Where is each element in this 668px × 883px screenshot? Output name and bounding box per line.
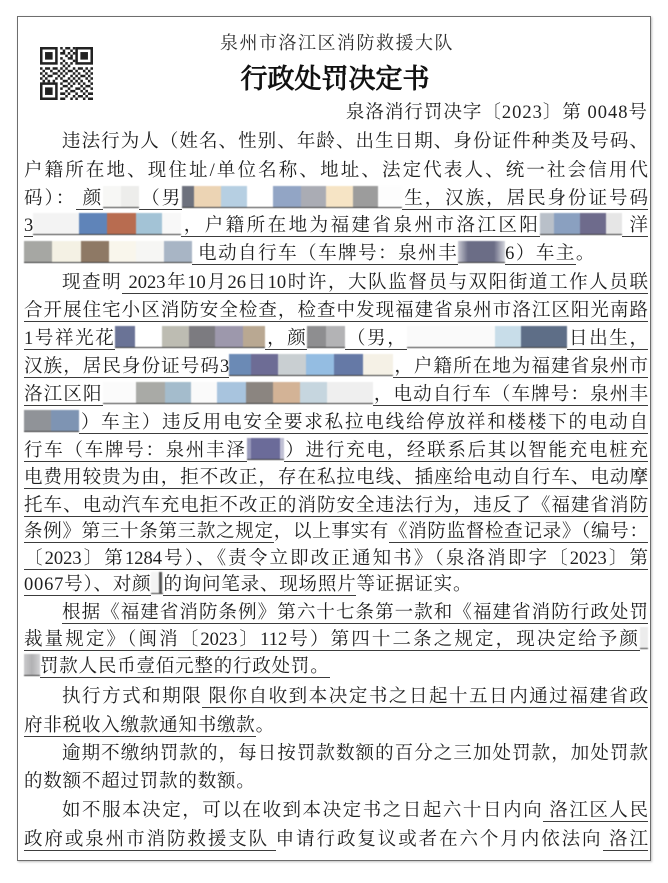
text-segment: 。 <box>256 716 275 736</box>
underlined-field: ，户籍所在地为福建省泉州市 <box>393 357 648 378</box>
doc-line: 0067号）、对颜的询问笔录、现场照片等证据证实。 <box>24 571 648 599</box>
underlined-field: 政府或泉州市消防救援支队 <box>24 830 276 851</box>
redacted-mosaic <box>115 326 265 348</box>
text-segment: 的数额不超过罚款的数额。 <box>24 772 256 792</box>
doc-line: 户籍所在地、现住址/单位名称、地址、法定代表人、统一社会信用代 <box>24 157 648 185</box>
doc-line: 电费用较贵为由，拒不改正，存在私拉电线、插座给电动自行车、电动摩 <box>24 464 648 492</box>
doc-line: 〔2023〕第1284号）、《责令立即改正通知书》（泉洛消即字〔2023〕第 <box>24 545 648 573</box>
underlined-field: 限你自收到本决定书之日起十五日内通过福建省政 <box>202 687 648 708</box>
underlined-field: 6）车主 <box>505 244 576 265</box>
doc-line: ）车主）违反用电安全要求私拉电线给停放祥和楼楼下的电动自 <box>24 409 648 437</box>
text-segment: 。 <box>576 244 596 264</box>
redacted-mosaic <box>33 213 181 235</box>
underlined-field: 行车（车牌号：泉州丰泽 <box>24 441 247 462</box>
doc-line: 电动自行车（车牌号：泉州丰6）车主。 <box>24 240 648 268</box>
doc-line: 罚款人民币壹佰元整的行政处罚。 <box>24 653 648 681</box>
underlined-field: 合开展住宅小区消防安全检查，检查中发现福建省泉州市洛江区阳光南路 <box>24 301 648 322</box>
underlined-field: 的询问笔录、现场照片 <box>163 575 356 596</box>
doc-line: 托车、电动汽车充电拒不改正的消防安全违法行为，违反了《福建省消防 <box>24 492 648 520</box>
underlined-field: 洋 <box>622 216 648 237</box>
text-segment: 现查明 <box>62 273 122 293</box>
underlined-field: 1号祥光花 <box>24 329 115 350</box>
document-number: 泉洛消行罚决字〔2023〕第 0048号 <box>346 100 648 126</box>
text-segment: 户籍所在地、现住址/单位名称、地址、法定代表人、统一社会信用代 <box>24 161 648 181</box>
underlined-field: 电动自行车（车牌号：泉州丰 <box>192 244 458 265</box>
doc-line: 政府或泉州市消防救援支队 申请行政复议或者在六个月内依法向 洛江 <box>24 826 648 854</box>
doc-line: 1号祥光花，颜（男，日出生， <box>24 325 648 353</box>
underlined-field: 电费用较贵为由，拒不改正，存在私拉电线、插座给电动自行车、电动摩 <box>24 468 648 489</box>
redacted-mosaic <box>458 241 505 263</box>
text-segment: 申请行政复议或者在六个月内依法向 <box>276 830 603 850</box>
underlined-field: 罚款人民币壹佰元整的行政处罚。 <box>40 657 330 678</box>
doc-line: 行车（车牌号：泉州丰泽）进行充电，经联系后其以智能充电桩充 <box>24 437 648 465</box>
doc-line: 3，户籍所在地为福建省泉州市洛江区阳 洋 <box>24 212 648 240</box>
underlined-field: 生，汉族，居民身份证号码 <box>402 189 648 210</box>
underlined-field: 汉族，居民身份证号码3 <box>24 357 229 378</box>
underlined-field: 〔2023〕第1284号）、《责令立即改正通知书》（泉洛消即字〔2023〕第 <box>24 549 648 570</box>
underlined-field: 2023年10月26日10时许，大队监督员与双阳街道工作人员联 <box>122 273 648 294</box>
doc-line: 的数额不超过罚款的数额。 <box>24 768 648 796</box>
underlined-field: ）进行充电，经联系后其以智能充电桩充 <box>284 441 648 462</box>
doc-line: 汉族，居民身份证号码3，户籍所在地为福建省泉州市 <box>24 353 648 381</box>
underlined-field: 托车、电动汽车充电拒不改正的消防安全违法行为，违反了《福建省消防 <box>24 496 648 517</box>
underlined-field: ，颜 <box>265 329 307 350</box>
agency-name: 泉州市洛江区消防救援大队 <box>17 31 657 55</box>
underlined-field: ，电动自行车（车牌号：泉州丰 <box>373 385 648 406</box>
redacted-mosaic <box>407 326 567 348</box>
doc-line: 府非税收入缴款通知书缴款。 <box>24 712 648 740</box>
doc-line: 如不服本决定，可以在收到本决定书之日起六十日内向 洛江区人民 <box>62 797 648 825</box>
underlined-field: 日出生， <box>567 329 648 350</box>
redacted-mosaic <box>24 654 40 676</box>
underlined-field: 0067号）、对颜 <box>24 575 151 596</box>
text-segment: 违法行为人（姓名、性别、年龄、出生日期、身份证件种类及号码、 <box>62 132 648 152</box>
redacted-mosaic <box>103 382 373 404</box>
redacted-mosaic <box>24 241 192 263</box>
text-segment: 码）： <box>24 189 76 209</box>
underlined-field: ，户籍所在地为福建省泉州市洛江区阳 <box>181 216 540 237</box>
text-segment: 逾期不缴纳罚款的，每日按罚款数额的百分之三加处罚款，加处罚款 <box>62 744 648 764</box>
redacted-mosaic <box>151 572 163 594</box>
doc-line: 码）： 颜（男生，汉族，居民身份证号码 <box>24 185 648 213</box>
redacted-mosaic <box>640 627 648 649</box>
doc-line: 洛江区阳，电动自行车（车牌号：泉州丰 <box>24 381 648 409</box>
underlined-field: 3 <box>24 216 33 237</box>
doc-line: 逾期不缴纳罚款的，每日按罚款数额的百分之三加处罚款，加处罚款 <box>62 740 648 768</box>
underlined-field: 府非税收入缴款通知书缴款 <box>24 716 256 737</box>
underlined-field: 洛江区阳 <box>24 385 103 406</box>
underlined-field: 根据《福建省消防条例》第六十七条第一款和《福建省消防行政处罚 <box>62 603 648 624</box>
redacted-mosaic <box>247 438 284 460</box>
underlined-field: （男， <box>345 329 407 350</box>
underlined-field: 条例》第三十条第三款之规定 <box>24 522 274 543</box>
text-segment: 执行方式和期限 <box>62 687 202 707</box>
text-segment: 如不服本决定，可以在收到本决定书之日起六十日内向 <box>62 801 543 821</box>
underlined-field: 洛江 <box>603 830 648 851</box>
underlined-field: 《消防监督检查记录》（编号： <box>389 522 648 543</box>
doc-line: 现查明 2023年10月26日10时许，大队监督员与双阳街道工作人员联 <box>62 269 648 297</box>
document-title: 行政处罚决定书 <box>17 61 653 97</box>
underlined-field: 颜 <box>76 189 103 210</box>
text-segment: 等证据证实。 <box>356 575 472 595</box>
doc-line: 合开展住宅小区消防安全检查，检查中发现福建省泉州市洛江区阳光南路 <box>24 297 648 325</box>
text-segment: ，以上事实有 <box>274 522 389 542</box>
underlined-field: （男 <box>139 189 182 210</box>
redacted-mosaic <box>24 410 79 432</box>
underlined-field: 洛江区人民 <box>543 801 648 822</box>
doc-line: 裁量规定》（闽消〔2023〕112号）第四十二条之规定，现决定给予颜 <box>24 626 648 654</box>
redacted-mosaic <box>182 186 402 208</box>
redacted-mosaic <box>229 354 393 376</box>
underlined-field: 裁量规定》（闽消〔2023〕112号）第四十二条之规定，现决定给予颜 <box>24 630 640 651</box>
redacted-mosaic <box>307 326 345 348</box>
redacted-mosaic <box>540 213 622 235</box>
doc-line: 违法行为人（姓名、性别、年龄、出生日期、身份证件种类及号码、 <box>62 128 648 156</box>
doc-line: 条例》第三十条第三款之规定，以上事实有《消防监督检查记录》（编号： <box>24 518 648 546</box>
doc-line: 根据《福建省消防条例》第六十七条第一款和《福建省消防行政处罚 <box>62 599 648 627</box>
underlined-field: ）车主）违反用电安全要求私拉电线给停放祥和楼楼下的电动自 <box>79 413 648 434</box>
redacted-mosaic <box>103 186 139 208</box>
doc-line: 执行方式和期限 限你自收到本决定书之日起十五日内通过福建省政 <box>62 683 648 711</box>
